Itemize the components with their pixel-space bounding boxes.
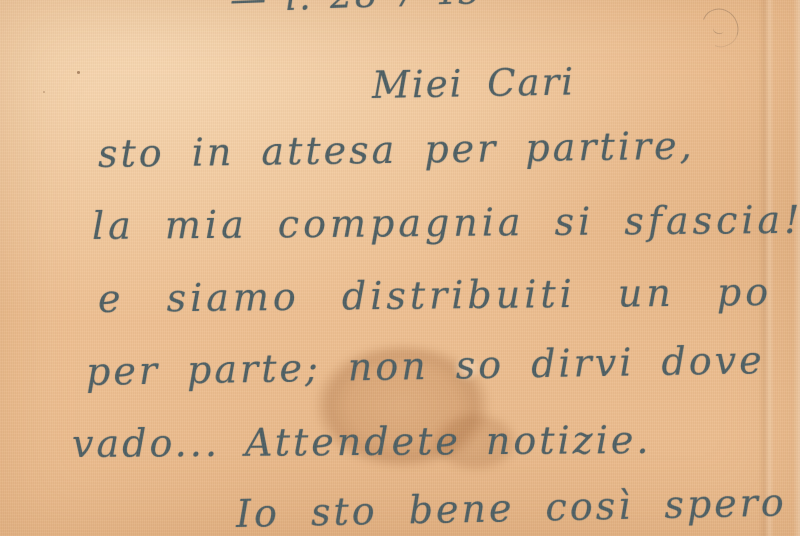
- letter-line-4: per parte; non so dirvi dove: [86, 338, 765, 394]
- letter-line-5: vado... Attendete notizie.: [72, 418, 652, 466]
- right-edge-crease: [758, 0, 774, 536]
- letter-line-6: Io sto bene così spero di: [236, 479, 800, 536]
- letter-line-1: sto in attesa per partire,: [98, 124, 695, 176]
- right-edge-highlight: [793, 0, 800, 536]
- paper-speck: [77, 71, 80, 74]
- letter-line-3: e siamo distribuiti un po: [98, 270, 773, 321]
- date-line: — l. 28-7-45 ~: [229, 0, 533, 21]
- letter-line-2: la mia compagnia si sfascia!: [92, 198, 800, 248]
- paper-speck: [43, 91, 45, 93]
- letter-paper: — l. 28-7-45 ~ Miei Cari sto in attesa p…: [0, 0, 800, 536]
- salutation: Miei Cari: [372, 60, 576, 107]
